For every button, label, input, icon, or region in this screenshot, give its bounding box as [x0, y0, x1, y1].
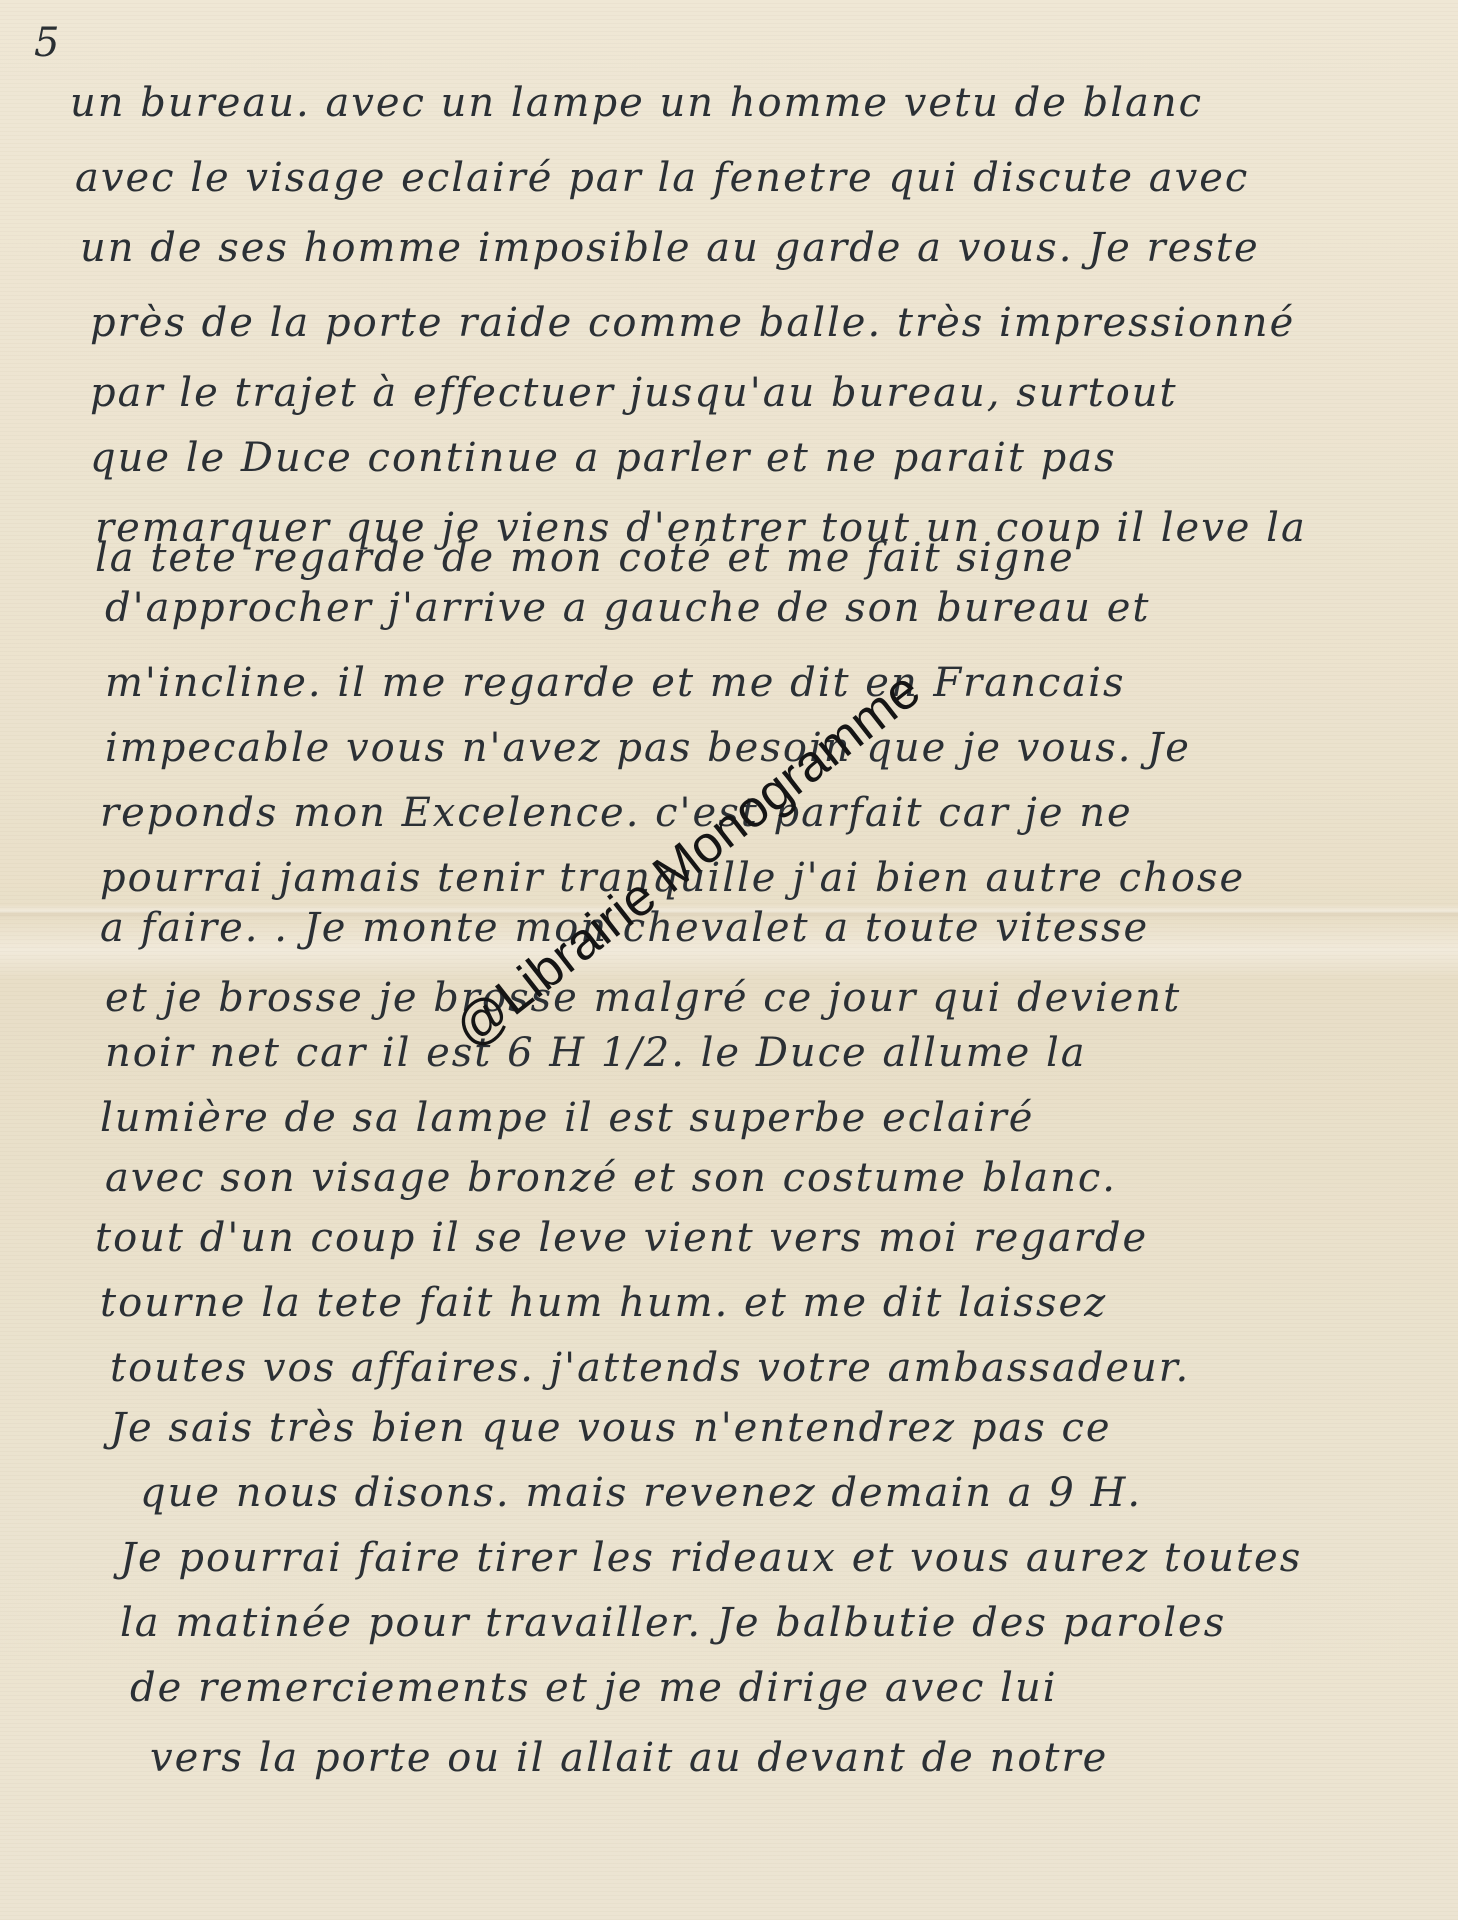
handwritten-line: tout d'un coup il se leve vient vers moi… — [95, 1215, 1148, 1261]
handwritten-line: que le Duce continue a parler et ne para… — [90, 435, 1117, 481]
handwritten-line: impecable vous n'avez pas besoin que je … — [105, 725, 1191, 771]
handwritten-line: de remerciements et je me dirige avec lu… — [130, 1665, 1058, 1711]
handwritten-line: près de la porte raide comme balle. très… — [90, 300, 1295, 346]
handwritten-line: la matinée pour travailler. Je balbutie … — [120, 1600, 1226, 1646]
handwritten-line: lumière de sa lampe il est superbe eclai… — [100, 1095, 1034, 1141]
handwritten-line: que nous disons. mais revenez demain a 9… — [140, 1470, 1142, 1516]
handwritten-line: noir net car il est 6 H 1/2. le Duce all… — [105, 1030, 1087, 1076]
handwritten-line: m'incline. il me regarde et me dit en Fr… — [105, 660, 1125, 706]
handwritten-line: Je pourrai faire tirer les rideaux et vo… — [120, 1535, 1302, 1581]
handwritten-line: toutes vos affaires. j'attends votre amb… — [110, 1345, 1190, 1391]
handwritten-line: un bureau. avec un lampe un homme vetu d… — [70, 80, 1203, 126]
handwritten-line: avec son visage bronzé et son costume bl… — [105, 1155, 1117, 1201]
handwritten-line: reponds mon Excelence. c'est parfait car… — [100, 790, 1133, 836]
handwritten-line: d'approcher j'arrive a gauche de son bur… — [105, 585, 1150, 631]
handwritten-line: tourne la tete fait hum hum. et me dit l… — [100, 1280, 1107, 1326]
handwritten-line: avec le visage eclairé par la fenetre qu… — [75, 155, 1249, 201]
handwritten-line: la tete regarde de mon coté et me fait s… — [95, 535, 1075, 581]
handwritten-line: vers la porte ou il allait au devant de … — [150, 1735, 1108, 1781]
handwritten-line: un de ses homme imposible au garde a vou… — [80, 225, 1260, 271]
letter-page: 5 un bureau. avec un lampe un homme vetu… — [0, 0, 1458, 1920]
page-number: 5 — [34, 20, 59, 66]
handwritten-line: et je brosse je brosse malgré ce jour qu… — [105, 975, 1181, 1021]
handwritten-line: par le trajet à effectuer jusqu'au burea… — [90, 370, 1178, 416]
handwritten-line: Je sais très bien que vous n'entendrez p… — [110, 1405, 1112, 1451]
